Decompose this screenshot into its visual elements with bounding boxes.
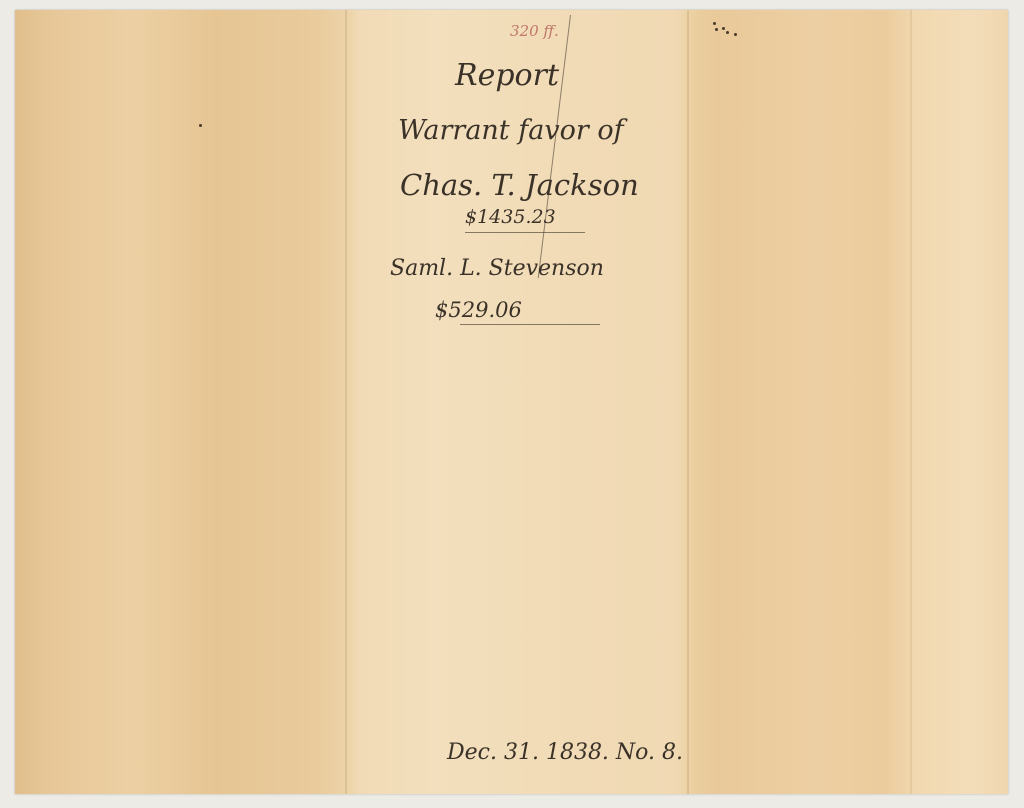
subject-line: Warrant favor of (398, 115, 624, 146)
ink-spot (726, 31, 729, 34)
fold-line (910, 10, 912, 794)
payee-name: Chas. T. Jackson (400, 168, 639, 202)
fold-line (687, 10, 689, 794)
payee-amount: $529.06 (435, 298, 522, 322)
underline (460, 324, 600, 325)
ink-spot (199, 124, 202, 127)
ink-spot (734, 33, 737, 36)
document-title: Report (455, 58, 559, 93)
payee-amount: $1435.23 (465, 206, 556, 228)
ink-spot (722, 27, 725, 30)
payee-name: Saml. L. Stevenson (390, 256, 604, 281)
docket-date: Dec. 31. 1838. No. 8. (447, 740, 683, 765)
document-paper: 320 ff. Report Warrant favor of Chas. T.… (15, 10, 1008, 794)
pencil-line (538, 15, 571, 278)
underline (465, 232, 585, 233)
ink-spot (713, 22, 716, 25)
fold-line (345, 10, 347, 794)
ink-spot (715, 28, 718, 31)
archive-number: 320 ff. (510, 22, 559, 40)
